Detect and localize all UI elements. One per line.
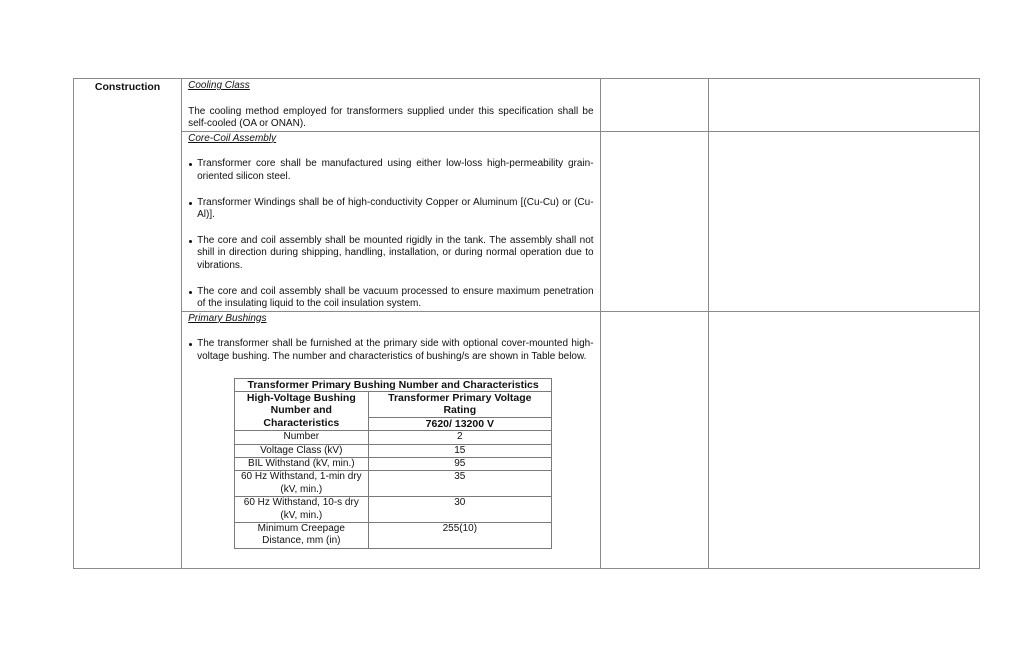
empty-cell: [600, 131, 708, 311]
specification-table: Construction Cooling Class The cooling m…: [73, 78, 980, 569]
cooling-class-section: Cooling Class The cooling method employe…: [182, 79, 600, 132]
empty-cell: [708, 311, 979, 568]
row-value: 30: [368, 497, 552, 523]
row-label: Minimum Creepage Distance, mm (in): [235, 523, 368, 549]
table-row: Construction Cooling Class The cooling m…: [74, 79, 980, 132]
table-row: Core-Coil Assembly Transformer core shal…: [74, 131, 980, 311]
row-label: 60 Hz Withstand, 10-s dry (kV, min.): [235, 497, 368, 523]
table-row: Minimum Creepage Distance, mm (in) 255(1…: [235, 523, 552, 549]
header-left: High-Voltage Bushing Number and Characte…: [235, 391, 368, 430]
bullet-list: The transformer shall be furnished at th…: [188, 338, 593, 363]
bullet-list: Transformer core shall be manufactured u…: [188, 158, 593, 310]
header-right: Transformer Primary Voltage Rating: [368, 391, 552, 417]
primary-bushings-section: Primary Bushings The transformer shall b…: [182, 311, 600, 568]
row-label: Voltage Class (kV): [235, 444, 368, 457]
row-value: 255(10): [368, 523, 552, 549]
row-value: 35: [368, 471, 552, 497]
table-row: Voltage Class (kV) 15: [235, 444, 552, 457]
list-item: Transformer Windings shall be of high-co…: [188, 197, 593, 222]
row-value: 2: [368, 431, 552, 444]
empty-cell: [600, 311, 708, 568]
section-title: Cooling Class: [188, 80, 593, 93]
section-title: Core-Coil Assembly: [188, 133, 593, 146]
header-right-sub: 7620/ 13200 V: [368, 417, 552, 430]
list-item: The transformer shall be furnished at th…: [188, 338, 593, 363]
row-label: BIL Withstand (kV, min.): [235, 458, 368, 471]
bushing-table: Transformer Primary Bushing Number and C…: [234, 378, 552, 549]
section-label: Construction: [74, 79, 182, 569]
list-item: The core and coil assembly shall be moun…: [188, 235, 593, 273]
row-label: Number: [235, 431, 368, 444]
core-coil-assembly-section: Core-Coil Assembly Transformer core shal…: [182, 131, 600, 311]
table-row: Primary Bushings The transformer shall b…: [74, 311, 980, 568]
bushing-table-title: Transformer Primary Bushing Number and C…: [235, 378, 552, 391]
section-paragraph: The cooling method employed for transfor…: [188, 106, 593, 131]
table-row: 60 Hz Withstand, 1-min dry (kV, min.) 35: [235, 471, 552, 497]
bushing-table-wrapper: Transformer Primary Bushing Number and C…: [234, 378, 552, 549]
row-value: 95: [368, 458, 552, 471]
list-item: Transformer core shall be manufactured u…: [188, 158, 593, 183]
bushing-table-header-row: High-Voltage Bushing Number and Characte…: [235, 391, 552, 417]
row-value: 15: [368, 444, 552, 457]
empty-cell: [708, 131, 979, 311]
table-row: 60 Hz Withstand, 10-s dry (kV, min.) 30: [235, 497, 552, 523]
empty-cell: [708, 79, 979, 132]
bushing-table-title-row: Transformer Primary Bushing Number and C…: [235, 378, 552, 391]
row-label: 60 Hz Withstand, 1-min dry (kV, min.): [235, 471, 368, 497]
list-item: The core and coil assembly shall be vacu…: [188, 286, 593, 311]
table-row: Number 2: [235, 431, 552, 444]
section-title: Primary Bushings: [188, 313, 593, 326]
empty-cell: [600, 79, 708, 132]
table-row: BIL Withstand (kV, min.) 95: [235, 458, 552, 471]
